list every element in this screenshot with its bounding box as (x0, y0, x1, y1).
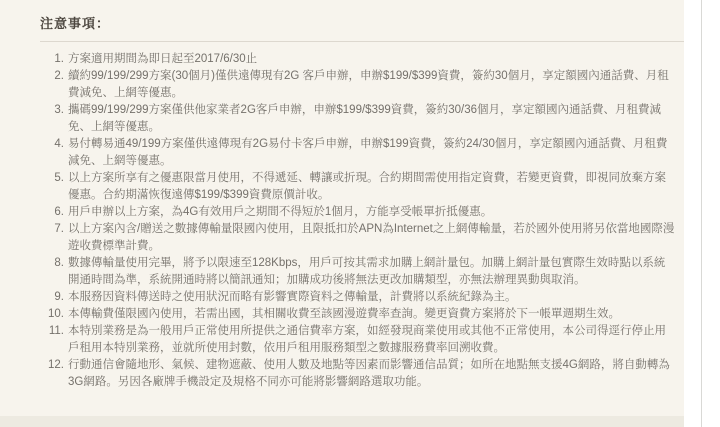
note-item: 1.方案適用期間為即日起至2017/6/30止 (40, 51, 676, 68)
heading-divider (40, 41, 684, 42)
note-item: 7.以上方案內含/贈送之數據傳輸量限國內使用，且限抵扣於APN為Internet… (40, 221, 676, 255)
note-text: 本服務因資料傳送時之使用狀況而略有影響實際資料之傳輸量，計費將以系統紀錄為主。 (68, 289, 676, 306)
note-text: 數據傳輸量使用完畢，將予以限速至128Kbps，用戶可按其需求加購上網計量包。加… (68, 255, 676, 289)
note-item: 6.用戶申辦以上方案，為4G有效用戶之期間不得短於1個月，方能享受帳單折抵優惠。 (40, 204, 676, 221)
section-heading: 注意事項： (40, 13, 684, 32)
note-number: 5. (40, 170, 64, 204)
page-border-line (701, 0, 702, 427)
note-item: 5.以上方案所享有之優惠限當月使用，不得遞延、轉讓或折現。合約期間需使用指定資費… (40, 170, 676, 204)
note-item: 8.數據傳輸量使用完畢，將予以限速至128Kbps，用戶可按其需求加購上網計量包… (40, 255, 676, 289)
bottom-strip (0, 416, 684, 427)
note-text: 以上方案內含/贈送之數據傳輸量限國內使用，且限抵扣於APN為Internet之上… (68, 221, 676, 255)
note-text: 攜碼99/199/299方案僅供他家業者2G客戶申辦，申辦$199/$399資費… (68, 102, 676, 136)
note-number: 9. (40, 289, 64, 306)
note-number: 2. (40, 68, 64, 102)
note-item: 3.攜碼99/199/299方案僅供他家業者2G客戶申辦，申辦$199/$399… (40, 102, 676, 136)
note-number: 6. (40, 204, 64, 221)
note-item: 12.行動通信會隨地形、氣候、建物遮蔽、使用人數及地點等因素而影響通信品質；如所… (40, 357, 676, 391)
note-item: 9.本服務因資料傳送時之使用狀況而略有影響實際資料之傳輸量，計費將以系統紀錄為主… (40, 289, 676, 306)
note-item: 10.本傳輸費僅限國內使用，若需出國，其相關收費至該國漫遊費率查詢。變更資費方案… (40, 306, 676, 323)
note-text: 以上方案所享有之優惠限當月使用，不得遞延、轉讓或折現。合約期間需使用指定資費，若… (68, 170, 676, 204)
note-number: 3. (40, 102, 64, 136)
notice-section: 注意事項： 1.方案適用期間為即日起至2017/6/30止2.續約99/199/… (0, 0, 684, 391)
note-number: 7. (40, 221, 64, 255)
note-text: 行動通信會隨地形、氣候、建物遮蔽、使用人數及地點等因素而影響通信品質；如所在地點… (68, 357, 676, 391)
note-text: 用戶申辦以上方案，為4G有效用戶之期間不得短於1個月，方能享受帳單折抵優惠。 (68, 204, 676, 221)
right-gutter (684, 0, 720, 427)
note-number: 8. (40, 255, 64, 289)
note-item: 11.本特別業務是為一般用戶正常使用所提供之通信費率方案，如經發現商業使用或其他… (40, 323, 676, 357)
note-text: 續約99/199/299方案(30個月)僅供遠傳現有2G 客戶申辦，申辦$199… (68, 68, 676, 102)
note-text: 方案適用期間為即日起至2017/6/30止 (68, 51, 676, 68)
note-number: 4. (40, 136, 64, 170)
note-number: 1. (40, 51, 64, 68)
note-number: 10. (40, 306, 64, 323)
note-text: 本傳輸費僅限國內使用，若需出國，其相關收費至該國漫遊費率查詢。變更資費方案將於下… (68, 306, 676, 323)
note-item: 4.易付轉易通49/199方案僅供遠傳現有2G易付卡客戶申辦，申辦$199資費，… (40, 136, 676, 170)
notes-list: 1.方案適用期間為即日起至2017/6/30止2.續約99/199/299方案(… (40, 51, 676, 391)
note-number: 11. (40, 323, 64, 357)
note-text: 易付轉易通49/199方案僅供遠傳現有2G易付卡客戶申辦，申辦$199資費，簽約… (68, 136, 676, 170)
note-item: 2.續約99/199/299方案(30個月)僅供遠傳現有2G 客戶申辦，申辦$1… (40, 68, 676, 102)
note-text: 本特別業務是為一般用戶正常使用所提供之通信費率方案，如經發現商業使用或其他不正常… (68, 323, 676, 357)
note-number: 12. (40, 357, 64, 391)
page: { "notice": { "heading": "注意事項：", "items… (0, 0, 720, 427)
